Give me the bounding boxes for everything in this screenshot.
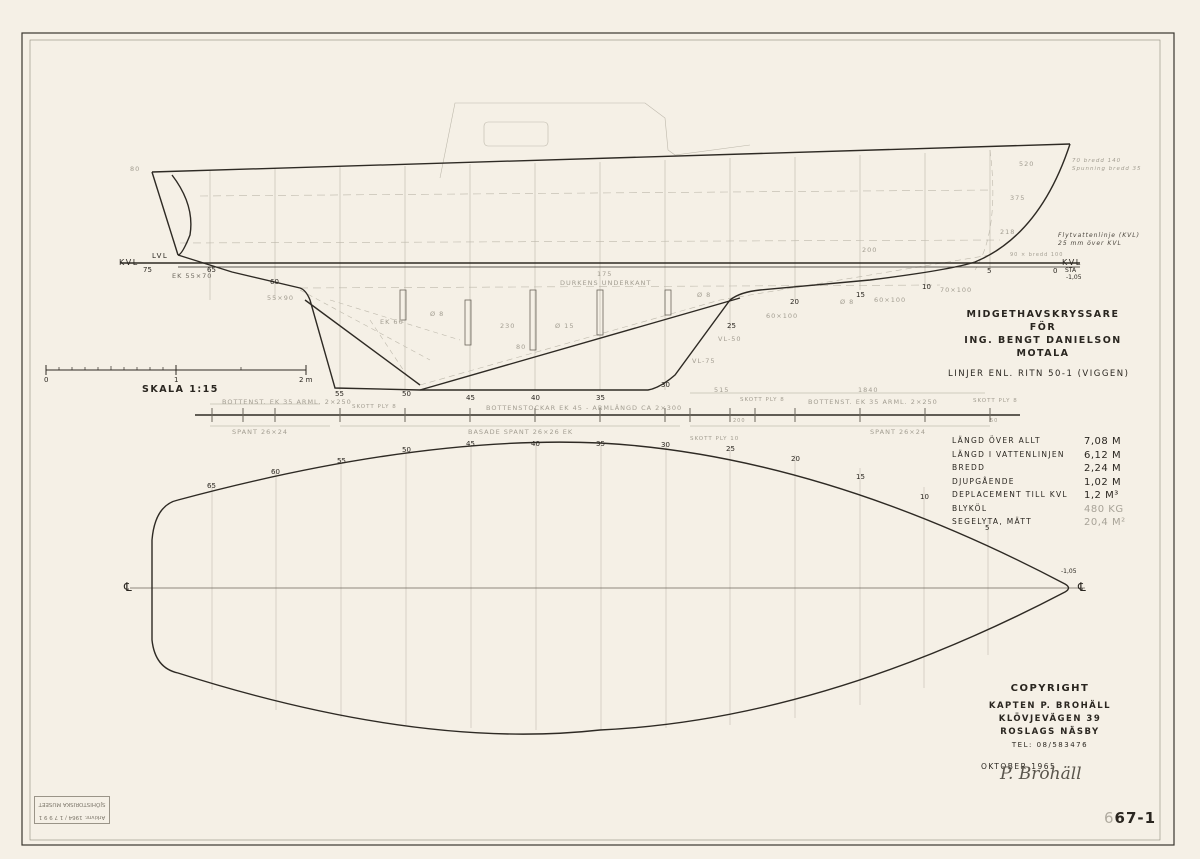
spec-label: Blyköl <box>952 504 987 518</box>
dimension: 50 <box>990 418 998 424</box>
construction-note: Skott Ply 8 <box>740 397 785 403</box>
title-line3: Ing. Bengt Danielson <box>948 334 1138 347</box>
spec-row: Längd i vattenlinjen6,12 m <box>952 450 1142 464</box>
stern-note: 70 bredd 140 <box>1072 158 1121 164</box>
dimension: 375 <box>1010 194 1025 202</box>
scale-tick-label: 2 m <box>299 376 313 384</box>
dimension: 515 <box>714 386 729 394</box>
title-block: Midgethavskryssare för Ing. Bengt Daniel… <box>948 308 1138 381</box>
designer-name: Kapten P. Brohäll <box>975 700 1125 713</box>
dimension: 1840 <box>858 386 879 394</box>
dimension: 520 <box>1019 160 1034 168</box>
spec-value: 2,24 m <box>1084 463 1142 477</box>
bolt-annotation: Ø 8 <box>697 291 711 299</box>
spec-label: Deplacement till KVL <box>952 490 1068 504</box>
centerline-icon: ℄ <box>124 580 132 594</box>
spec-row: Längd över allt7,08 m <box>952 436 1142 450</box>
station-label: 45 <box>466 394 475 402</box>
dimension: 80 <box>130 165 140 173</box>
title-line2: för <box>948 321 1138 334</box>
lines-reference: Linjer enl. Ritn 50-1 (Viggen) <box>948 368 1138 381</box>
plan-station-label: 30 <box>661 441 670 449</box>
spec-row: Segelyta, mätt20,4 m² <box>952 517 1142 531</box>
spec-value: 7,08 m <box>1084 436 1142 450</box>
construction-note: Bottenst. EK 35 arml. 2×250 <box>222 398 352 406</box>
spec-row: Blyköl480 kg <box>952 504 1142 518</box>
sta-label: STA <box>1065 267 1076 274</box>
plan-view <box>130 442 1085 734</box>
station-label: 50 <box>402 390 411 398</box>
designer-city: Roslags Näsby <box>975 726 1125 739</box>
spec-value: 1,2 m³ <box>1084 490 1142 504</box>
scale-tick-label: 1 <box>174 376 178 384</box>
dimension: 200 <box>733 418 746 424</box>
station-label: 60 <box>270 278 279 286</box>
station-label: 5 <box>987 267 991 275</box>
title-line1: Midgethavskryssare <box>948 308 1138 321</box>
construction-note: Skott Ply 10 <box>690 436 739 442</box>
spec-label: Längd över allt <box>952 436 1041 450</box>
station-label: 35 <box>596 394 605 402</box>
stamp-museum: SJÖHISTORISKA MUSEET <box>35 797 109 810</box>
construction-note: Spant 26×24 <box>232 428 288 436</box>
station-label: 20 <box>790 298 799 306</box>
station-label: 15 <box>856 291 865 299</box>
stern-note: Spunning bredd 35 <box>1072 166 1142 172</box>
bolt-annotation: Ø 8 <box>430 310 444 318</box>
copyright-block: Copyright Kapten P. Brohäll Klövjevägen … <box>975 682 1125 773</box>
designer-street: Klövjevägen 39 <box>975 713 1125 726</box>
dimension: 200 <box>862 246 877 254</box>
bolt-annotation: Ø 8 <box>840 298 854 306</box>
floatline-note: 25 mm över KVL <box>1058 240 1122 247</box>
dimension: 218 <box>1000 228 1015 236</box>
dimension: 80 <box>516 343 526 351</box>
station-label: 40 <box>531 394 540 402</box>
dimension: 175 <box>597 270 612 278</box>
title-line4: Motala <box>948 347 1138 360</box>
plan-station-label: 45 <box>466 440 475 448</box>
spec-row: Djupgående1,02 m <box>952 477 1142 491</box>
station-label: 10 <box>922 283 931 291</box>
station-label: 25 <box>727 322 736 330</box>
spec-value: 6,12 m <box>1084 450 1142 464</box>
scale-tick-label: 0 <box>44 376 48 384</box>
construction-note: Basade spant 26×26 EK <box>468 428 573 436</box>
specifications-table: Längd över allt7,08 m Längd i vattenlinj… <box>952 436 1142 531</box>
stamp-archive-number: Arkivnr. 1964 / 1 7 9 9 1 <box>35 810 109 824</box>
keel-annotation: 55×90 <box>267 294 294 302</box>
plan-station-label: 25 <box>726 445 735 453</box>
plan-station-label: 40 <box>531 440 540 448</box>
drawing-number: 667-1 <box>1104 809 1156 827</box>
spec-label: Längd i vattenlinjen <box>952 450 1065 464</box>
spec-value: 480 kg <box>1084 504 1142 518</box>
spec-label: Bredd <box>952 463 985 477</box>
dimension: EK 60 <box>380 318 404 326</box>
construction-note: Spant 26×24 <box>870 428 926 436</box>
stem-annotation: EK 55×70 <box>172 272 212 280</box>
station-label: 75 <box>143 266 152 274</box>
spec-row: Deplacement till KVL1,2 m³ <box>952 490 1142 504</box>
spec-value: 1,02 m <box>1084 477 1142 491</box>
sta-value: -1,05 <box>1066 274 1082 281</box>
station-label: 55 <box>335 390 344 398</box>
construction-note: Skott Ply 8 <box>352 404 397 410</box>
drawing-sheet: KVL LVL KVL 75 65 60 55 50 45 40 35 30 2… <box>0 0 1200 859</box>
archive-stamp: SJÖHISTORISKA MUSEET Arkivnr. 1964 / 1 7… <box>34 796 110 824</box>
plan-station-label: 35 <box>596 440 605 448</box>
lvl-label: LVL <box>152 252 168 260</box>
scale-label: Skala 1:15 <box>142 384 219 395</box>
station-label: 30 <box>661 381 670 389</box>
frame-annotation: 70×100 <box>940 286 972 294</box>
drawing-number-value: 67-1 <box>1115 809 1157 827</box>
keel-vl-annotation: VL-50 <box>718 335 742 343</box>
plan-station-label: 65 <box>207 482 216 490</box>
spec-value: 20,4 m² <box>1084 517 1142 531</box>
plan-station-label: 20 <box>791 455 800 463</box>
plan-station-label: 15 <box>856 473 865 481</box>
construction-note: Skott Ply 8 <box>973 398 1018 404</box>
kvl-label-right: KVL <box>1062 258 1082 267</box>
construction-note: Bottenstockar EK 45 - armlängd ca 2×300 <box>486 404 682 412</box>
signature: P. Brohäll <box>1000 764 1082 784</box>
dimension: 90 × bredd 100 <box>1010 252 1063 258</box>
frame-annotation: 60×100 <box>874 296 906 304</box>
centerline-icon: ℄ <box>1078 580 1086 594</box>
plan-station-label: 60 <box>271 468 280 476</box>
plan-station-label: 50 <box>402 446 411 454</box>
frame-annotation: 60×100 <box>766 312 798 320</box>
plan-station-label: 10 <box>920 493 929 501</box>
copyright-heading: Copyright <box>975 682 1125 695</box>
kvl-label-left: KVL <box>119 258 139 267</box>
drawing-number-prefix: 6 <box>1104 809 1115 827</box>
bolt-annotation: Ø 15 <box>555 322 574 330</box>
designer-phone: Tel: 08/583476 <box>975 739 1125 752</box>
floatline-note: Flytvattenlinje (KVL) <box>1058 232 1140 239</box>
bow-value: -1,05 <box>1061 568 1077 575</box>
spec-row: Bredd2,24 m <box>952 463 1142 477</box>
plan-station-label: 55 <box>337 457 346 465</box>
spec-label: Segelyta, mätt <box>952 517 1032 531</box>
station-label: 0 <box>1053 267 1057 275</box>
scale-bar <box>46 365 306 375</box>
keel-vl-annotation: VL-75 <box>692 357 716 365</box>
spec-label: Djupgående <box>952 477 1015 491</box>
dimension: 230 <box>500 322 515 330</box>
construction-note: Bottenst. EK 35 arml. 2×250 <box>808 398 938 406</box>
floor-annotation: Durkens underkant <box>560 279 651 287</box>
